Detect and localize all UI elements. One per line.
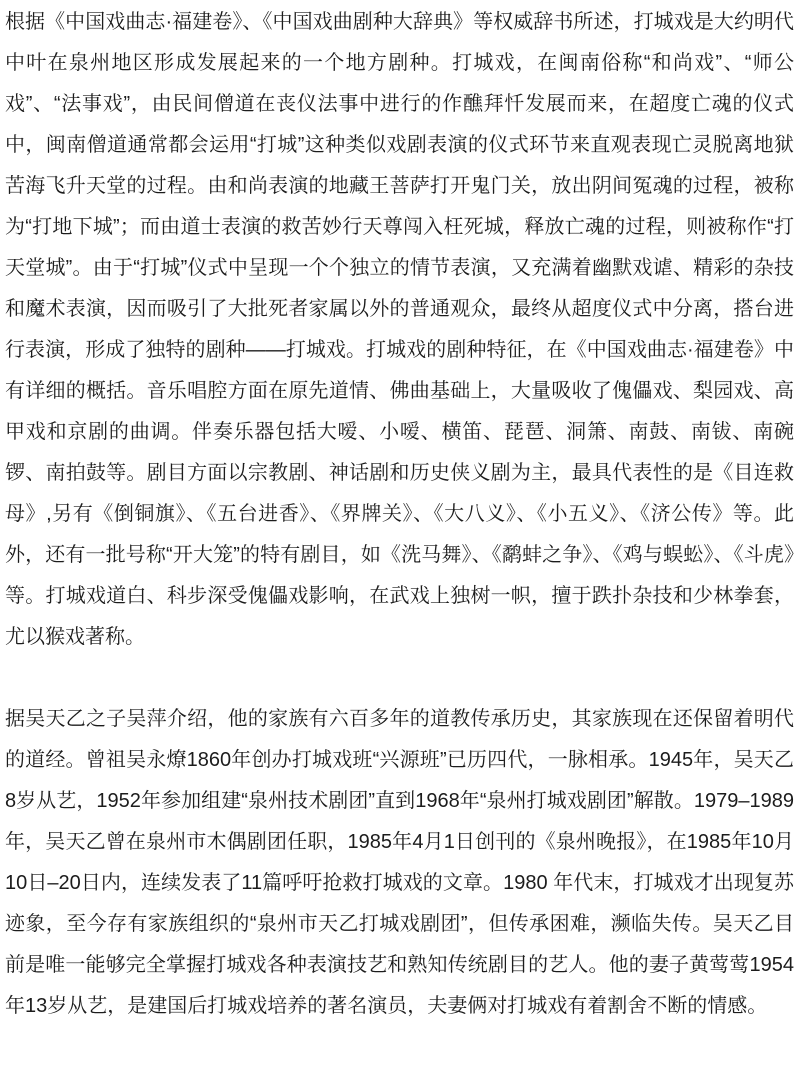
document-body: 根据《中国戏曲志·福建卷》、《中国戏曲剧种大辞典》等权威辞书所述，打城戏是大约明… [5,2,794,1027]
document-page: 根据《中国戏曲志·福建卷》、《中国戏曲剧种大辞典》等权威辞书所述，打城戏是大约明… [0,0,799,1065]
paragraph-family-history: 据吴天乙之子吴萍介绍，他的家族有六百多年的道教传承历史，其家族现在还保留着明代的… [5,699,794,1027]
paragraph-opera-overview: 根据《中国戏曲志·福建卷》、《中国戏曲剧种大辞典》等权威辞书所述，打城戏是大约明… [5,2,794,658]
